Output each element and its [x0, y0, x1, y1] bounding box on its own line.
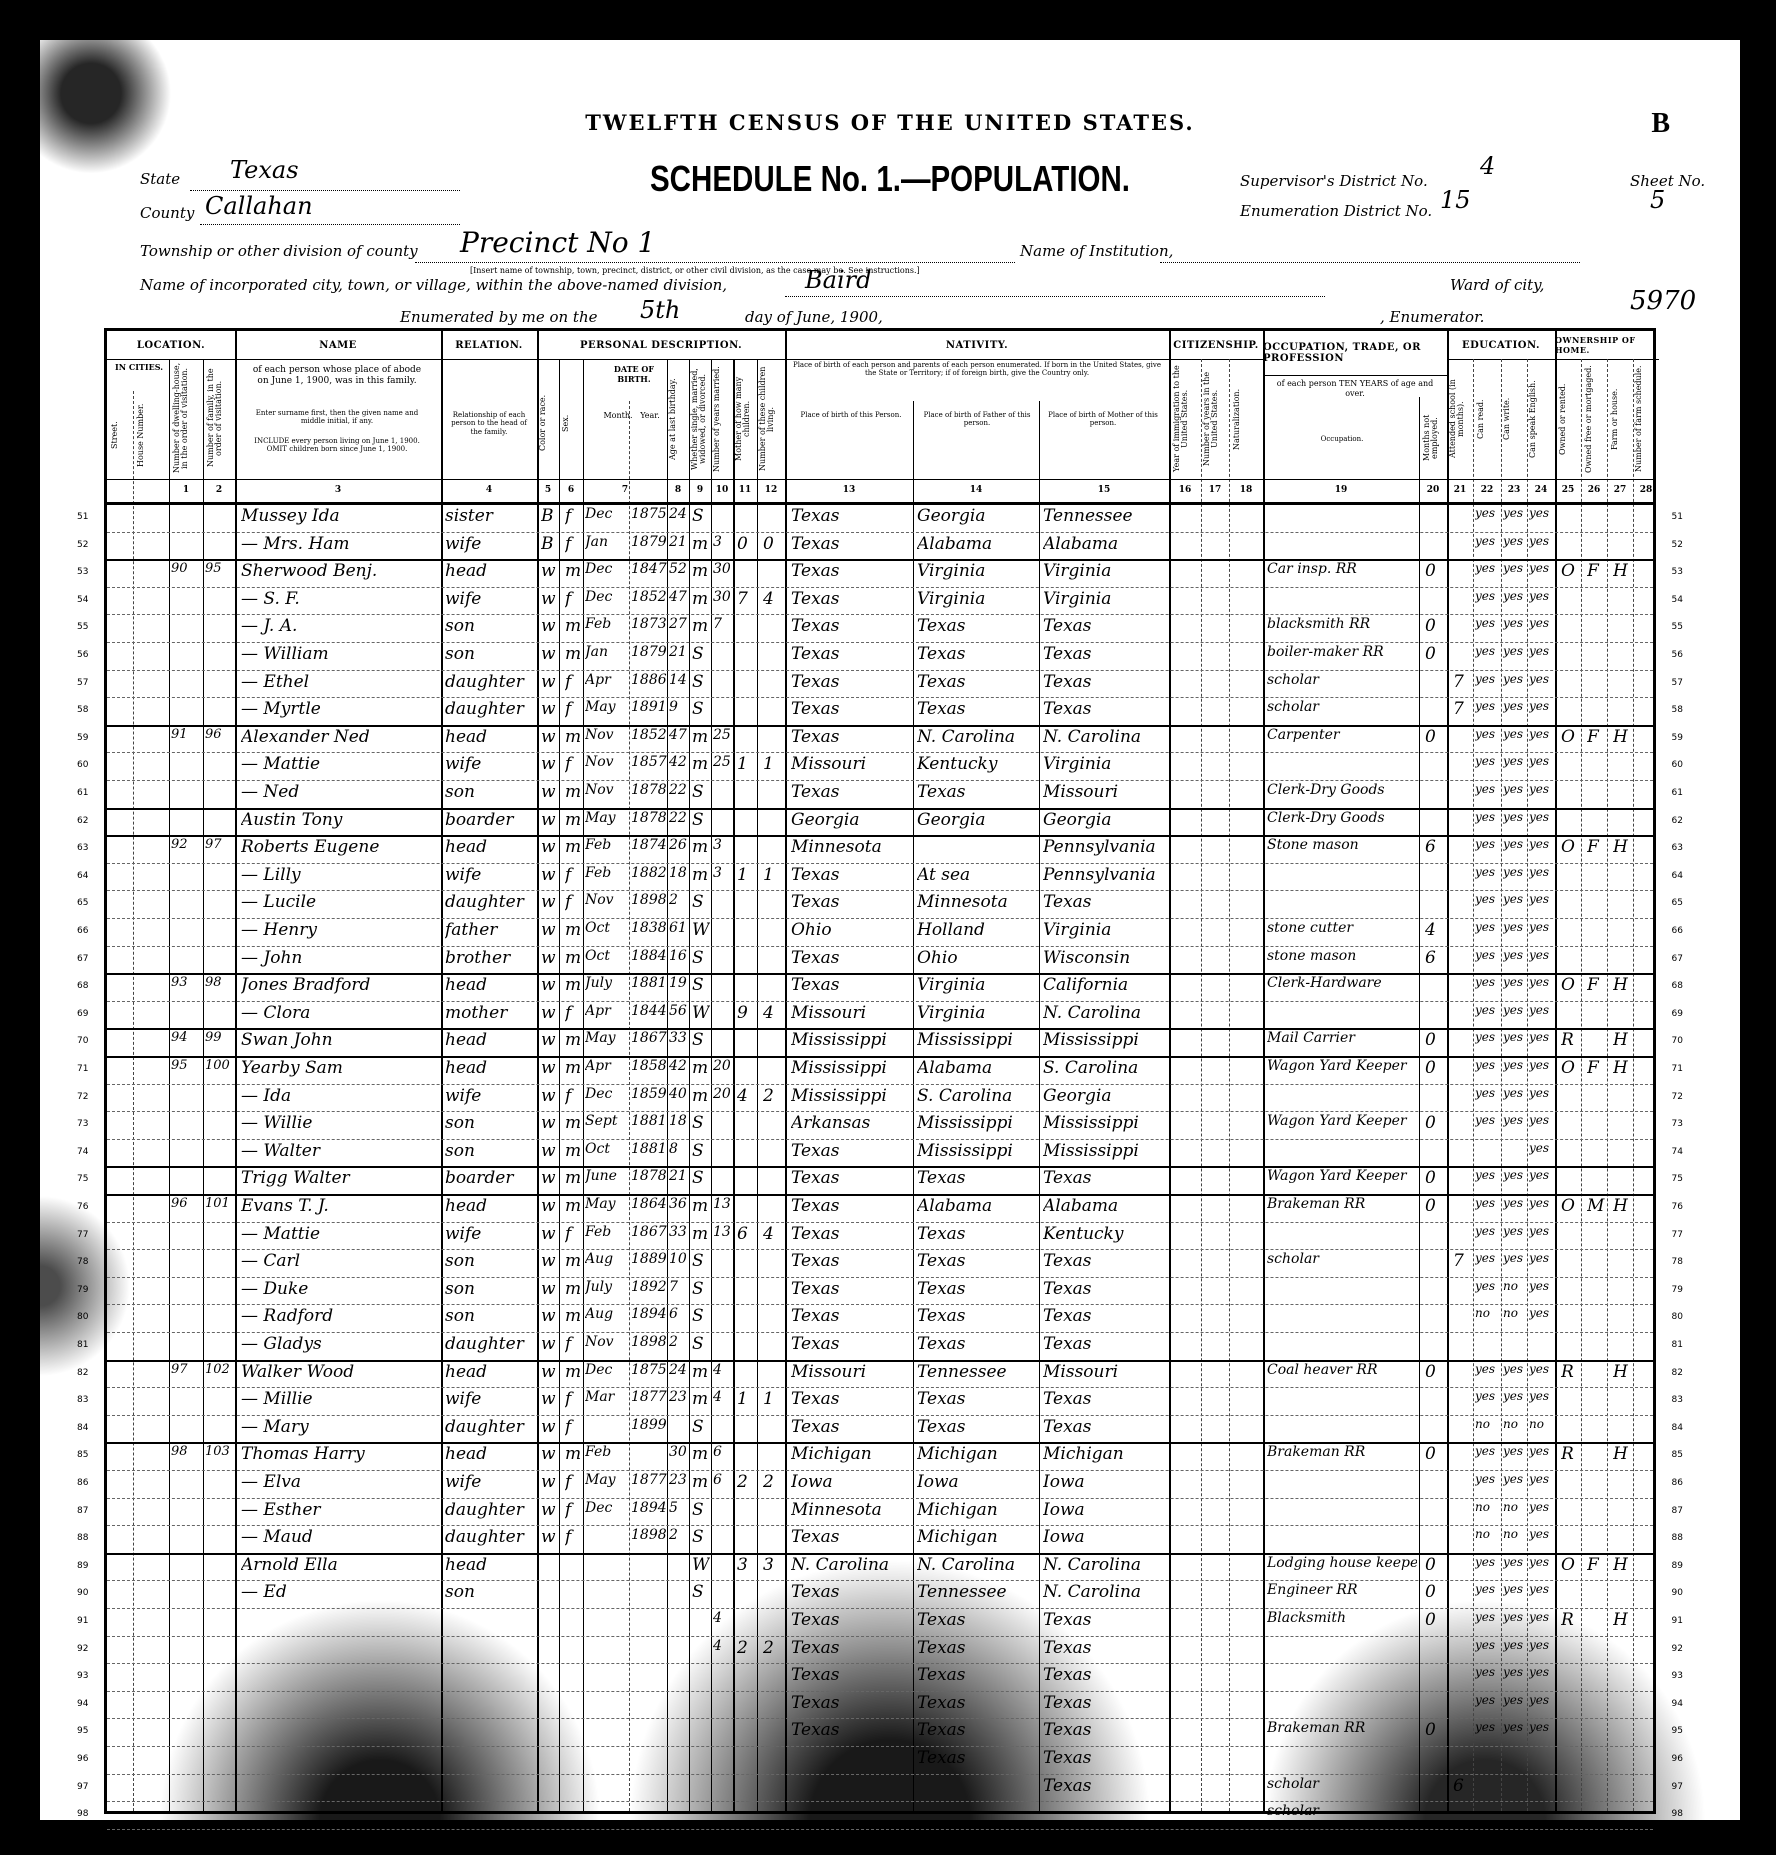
- owned-rented: O: [1561, 561, 1581, 581]
- family-number: 103: [205, 1444, 235, 1459]
- age: 40: [669, 1086, 689, 1102]
- birth-year: 1892: [631, 1279, 667, 1295]
- table-row: 84 84 — Mary daughter w f 1899 S Texas T…: [107, 1415, 1653, 1445]
- person-name: — Gladys: [241, 1334, 439, 1354]
- can-speak-english: yes: [1529, 699, 1555, 713]
- enumerated-suffix: day of June, 1900,: [745, 308, 883, 326]
- birthplace-person: Texas: [791, 727, 911, 747]
- birthplace-person: Iowa: [791, 1472, 911, 1492]
- line-number-left: 65: [77, 898, 88, 908]
- line-number-right: 54: [1672, 595, 1683, 605]
- sex: m: [565, 837, 583, 857]
- person-name: — William: [241, 644, 439, 664]
- birth-month: July: [585, 1279, 629, 1295]
- birthplace-person: Minnesota: [791, 837, 911, 857]
- occupation: Car insp. RR: [1267, 561, 1417, 577]
- line-number-right: 98: [1672, 1809, 1683, 1819]
- relation: wife: [445, 1472, 535, 1492]
- table-row: 63 63 92 97 Roberts Eugene head w m Feb …: [107, 835, 1653, 864]
- birthplace-mother: Tennessee: [1043, 506, 1167, 526]
- line-number-right: 95: [1672, 1726, 1683, 1736]
- birthplace-father: Michigan: [917, 1500, 1037, 1520]
- birthplace-father: Texas: [917, 1306, 1037, 1326]
- can-write: yes: [1503, 1610, 1527, 1624]
- birthplace-father: Georgia: [917, 506, 1037, 526]
- line-number-left: 86: [77, 1478, 88, 1488]
- relation: daughter: [445, 699, 535, 719]
- birthplace-mother: Missouri: [1043, 1362, 1167, 1382]
- birthplace-person: Texas: [791, 1693, 911, 1713]
- birthplace-mother: Texas: [1043, 1720, 1167, 1740]
- line-number-left: 70: [77, 1036, 88, 1046]
- pob-person-label: Place of birth of this Person.: [791, 411, 911, 419]
- birth-month: Feb: [585, 616, 629, 632]
- vh-owned-rented: Owned or rented.: [1559, 363, 1579, 475]
- table-row: 90 90 — Ed son S Texas Tennessee N. Caro…: [107, 1580, 1653, 1609]
- sex: m: [565, 1113, 583, 1133]
- birthplace-father: N. Carolina: [917, 1555, 1037, 1575]
- person-name: — Mrs. Ham: [241, 534, 439, 554]
- color: w: [541, 865, 559, 885]
- can-write: yes: [1503, 1693, 1527, 1707]
- birth-month: May: [585, 810, 629, 826]
- line-number-left: 53: [77, 567, 88, 577]
- dwelling-number: 98: [171, 1444, 203, 1459]
- line-number-right: 53: [1672, 567, 1683, 577]
- marital-status: S: [692, 1527, 710, 1547]
- birth-year: 1838: [631, 920, 667, 936]
- age: 23: [669, 1472, 689, 1488]
- relation: head: [445, 1444, 535, 1464]
- age: 23: [669, 1389, 689, 1405]
- age: 10: [669, 1251, 689, 1267]
- color: w: [541, 1251, 559, 1271]
- mother-of-children: 3: [737, 1555, 757, 1575]
- pob-father-label: Place of birth of Father of this person.: [917, 411, 1037, 428]
- birthplace-mother: Texas: [1043, 672, 1167, 692]
- sex: m: [565, 920, 583, 940]
- years-married: 30: [713, 589, 733, 605]
- can-read: yes: [1475, 1086, 1501, 1100]
- vh-free-mortgaged: Owned free or mortgaged.: [1585, 363, 1605, 475]
- marital-status: m: [692, 616, 710, 636]
- birthplace-person: Mississippi: [791, 1058, 911, 1078]
- birthplace-mother: Texas: [1043, 1748, 1167, 1768]
- years-married: 6: [713, 1472, 733, 1488]
- line-number-left: 80: [77, 1312, 88, 1322]
- line-number-right: 81: [1672, 1340, 1683, 1350]
- table-row: 85 85 98 103 Thomas Harry head w m Feb 3…: [107, 1442, 1653, 1471]
- family-number: 95: [205, 561, 235, 576]
- years-married: 13: [713, 1196, 733, 1212]
- sex: m: [565, 616, 583, 636]
- line-number-left: 96: [77, 1754, 88, 1764]
- person-name: Alexander Ned: [241, 727, 439, 747]
- relation: brother: [445, 948, 535, 968]
- owned-rented: R: [1561, 1444, 1581, 1464]
- marital-status: S: [692, 644, 710, 664]
- mother-of-children: 6: [737, 1224, 757, 1244]
- sex: f: [565, 1224, 583, 1244]
- birth-year: 1858: [631, 1058, 667, 1074]
- sex: f: [565, 699, 583, 719]
- sex: f: [565, 1417, 583, 1437]
- relation: wife: [445, 865, 535, 885]
- person-name: — Esther: [241, 1500, 439, 1520]
- birth-year: 1873: [631, 616, 667, 632]
- birthplace-person: Texas: [791, 644, 911, 664]
- can-read: yes: [1475, 810, 1501, 824]
- table-row: 74 74 — Walter son w m Oct 1881 8 S Texa…: [107, 1139, 1653, 1169]
- can-read: yes: [1475, 782, 1501, 796]
- occupation: Wagon Yard Keeper: [1267, 1058, 1417, 1074]
- birthplace-mother: Texas: [1043, 1638, 1167, 1658]
- color: w: [541, 1196, 559, 1216]
- line-number-left: 61: [77, 788, 88, 798]
- vh-street: Street.: [111, 395, 131, 475]
- years-married: 6: [713, 1444, 733, 1460]
- vh-farm-schedule: Number of farm schedule.: [1635, 363, 1655, 475]
- birth-month: Mar: [585, 1389, 629, 1405]
- birthplace-person: Texas: [791, 616, 911, 636]
- birthplace-father: Texas: [917, 1417, 1037, 1437]
- sex: m: [565, 948, 583, 968]
- birth-year: 1898: [631, 892, 667, 908]
- can-write: yes: [1503, 1472, 1527, 1486]
- birthplace-person: Mississippi: [791, 1030, 911, 1050]
- mother-of-children: 7: [737, 589, 757, 609]
- months-unemployed: 0: [1425, 1058, 1445, 1078]
- birthplace-mother: Kentucky: [1043, 1224, 1167, 1244]
- line-number-right: 84: [1672, 1423, 1683, 1433]
- color: w: [541, 1362, 559, 1382]
- table-row: 73 73 — Willie son w m Sept 1881 18 S Ar…: [107, 1111, 1653, 1140]
- can-read: yes: [1475, 672, 1501, 686]
- can-write: yes: [1503, 892, 1527, 906]
- years-married: 30: [713, 561, 733, 577]
- relation: wife: [445, 534, 535, 554]
- person-name: — Lucile: [241, 892, 439, 912]
- relation: son: [445, 644, 535, 664]
- birth-month: Dec: [585, 1086, 629, 1102]
- occupation: Engineer RR: [1267, 1582, 1417, 1598]
- birthplace-person: Arkansas: [791, 1113, 911, 1133]
- birthplace-person: Texas: [791, 865, 911, 885]
- birth-year: 1852: [631, 727, 667, 743]
- children-living: 1: [763, 1389, 783, 1409]
- birthplace-mother: Texas: [1043, 1306, 1167, 1326]
- age: 30: [669, 1444, 689, 1460]
- can-read: yes: [1475, 892, 1501, 906]
- table-rows: 51 51 Mussey Ida sister B f Dec 1875 24 …: [107, 504, 1653, 1811]
- line-number-left: 76: [77, 1202, 88, 1212]
- can-speak-english: yes: [1529, 1086, 1555, 1100]
- relation: wife: [445, 589, 535, 609]
- can-read: yes: [1475, 1030, 1501, 1044]
- birth-month: Dec: [585, 1362, 629, 1378]
- vh-immigration: Year of immigration to the United States…: [1173, 363, 1195, 475]
- dwelling-number: 96: [171, 1196, 203, 1211]
- sheet-value: 5: [1650, 186, 1665, 214]
- table-row: 72 72 — Ida wife w f Dec 1859 40 m 20 4 …: [107, 1084, 1653, 1113]
- line-number-left: 56: [77, 650, 88, 660]
- enumeration-value: 15: [1440, 186, 1471, 214]
- birth-year: 1891: [631, 699, 667, 715]
- birth-year: 1875: [631, 506, 667, 522]
- months-unemployed: 0: [1425, 1582, 1445, 1602]
- line-number-right: 69: [1672, 1009, 1683, 1019]
- can-speak-english: yes: [1529, 506, 1555, 520]
- sex: f: [565, 892, 583, 912]
- line-number-left: 52: [77, 540, 88, 550]
- line-number-right: 96: [1672, 1754, 1683, 1764]
- children-living: 2: [763, 1086, 783, 1106]
- line-number-right: 83: [1672, 1395, 1683, 1405]
- birthplace-father: Texas: [917, 644, 1037, 664]
- enumeration-label: Enumeration District No.: [1240, 202, 1432, 220]
- birthplace-person: Texas: [791, 892, 911, 912]
- birthplace-mother: Mississippi: [1043, 1141, 1167, 1161]
- name-desc: of each person whose place of abode on J…: [247, 365, 427, 387]
- vh-naturalization: Naturalization.: [1233, 363, 1255, 475]
- birthplace-father: Texas: [917, 1665, 1037, 1685]
- table-row: 80 80 — Radford son w m Aug 1894 6 S Tex…: [107, 1304, 1653, 1333]
- can-read: yes: [1475, 1444, 1501, 1458]
- can-write: yes: [1503, 1113, 1527, 1127]
- can-read: yes: [1475, 1555, 1501, 1569]
- birth-year: 1879: [631, 534, 667, 550]
- marital-status: W: [692, 920, 710, 940]
- birthplace-mother: Texas: [1043, 1251, 1167, 1271]
- birth-month: Apr: [585, 672, 629, 688]
- birthplace-person: Texas: [791, 1196, 911, 1216]
- mother-of-children: 1: [737, 865, 757, 885]
- birth-year: 1864: [631, 1196, 667, 1212]
- birth-month: Feb: [585, 1444, 629, 1460]
- person-name: Jones Bradford: [241, 975, 439, 995]
- color: w: [541, 975, 559, 995]
- occupation: boiler-maker RR: [1267, 644, 1417, 660]
- color: w: [541, 1500, 559, 1520]
- free-mortgaged: F: [1587, 837, 1607, 857]
- age: 6: [669, 1306, 689, 1322]
- farm-or-house: H: [1613, 1444, 1633, 1464]
- birthplace-person: N. Carolina: [791, 1555, 911, 1575]
- age: 7: [669, 1279, 689, 1295]
- can-speak-english: yes: [1529, 810, 1555, 824]
- color: B: [541, 534, 559, 554]
- col-num: 21: [1447, 485, 1473, 495]
- institution-label: Name of Institution,: [1020, 242, 1173, 260]
- can-write: yes: [1503, 1582, 1527, 1596]
- person-name: — Walter: [241, 1141, 439, 1161]
- birthplace-father: Virginia: [917, 589, 1037, 609]
- years-married: 4: [713, 1638, 733, 1654]
- vh-farm-house: Farm or house.: [1611, 363, 1631, 475]
- can-speak-english: yes: [1529, 1168, 1555, 1182]
- col-num: 16: [1169, 485, 1201, 495]
- col-num: 24: [1527, 485, 1555, 495]
- birthplace-father: N. Carolina: [917, 727, 1037, 747]
- years-married: 25: [713, 754, 733, 770]
- marital-status: W: [692, 1555, 710, 1575]
- free-mortgaged: F: [1587, 561, 1607, 581]
- age: 61: [669, 920, 689, 936]
- birthplace-mother: Texas: [1043, 699, 1167, 719]
- sex: m: [565, 561, 583, 581]
- birthplace-person: Texas: [791, 1527, 911, 1547]
- birthplace-father: Texas: [917, 1224, 1037, 1244]
- birthplace-person: Missouri: [791, 1362, 911, 1382]
- birthplace-father: Tennessee: [917, 1362, 1037, 1382]
- marital-status: m: [692, 534, 710, 554]
- name-note2: INCLUDE every person living on June 1, 1…: [247, 437, 427, 454]
- can-read: yes: [1475, 865, 1501, 879]
- table-row: 87 87 — Esther daughter w f Dec 1894 5 S…: [107, 1498, 1653, 1527]
- years-married: 4: [713, 1362, 733, 1378]
- col-num: 2: [203, 485, 235, 495]
- birth-month: Jan: [585, 534, 629, 550]
- relation: son: [445, 1582, 535, 1602]
- birthplace-father: Texas: [917, 1748, 1037, 1768]
- age: 22: [669, 782, 689, 798]
- birthplace-person: Ohio: [791, 920, 911, 940]
- age: 47: [669, 727, 689, 743]
- owned-rented: O: [1561, 1555, 1581, 1575]
- birth-month: Apr: [585, 1058, 629, 1074]
- table-row: 61 61 — Ned son w m Nov 1878 22 S Texas …: [107, 780, 1653, 810]
- birthplace-father: Texas: [917, 1168, 1037, 1188]
- table-row: 81 81 — Gladys daughter w f Nov 1898 2 S…: [107, 1332, 1653, 1362]
- color: w: [541, 1058, 559, 1078]
- col-num: 10: [711, 485, 733, 495]
- vh-mother-of: Mother of how many children.: [735, 363, 755, 475]
- birth-month: Dec: [585, 506, 629, 522]
- marital-status: m: [692, 754, 710, 774]
- person-name: Roberts Eugene: [241, 837, 439, 857]
- can-write: no: [1503, 1279, 1527, 1293]
- can-speak-english: yes: [1529, 1720, 1555, 1734]
- months-unemployed: 4: [1425, 920, 1445, 940]
- mother-of-children: 1: [737, 754, 757, 774]
- line-number-left: 84: [77, 1423, 88, 1433]
- person-name: — Maud: [241, 1527, 439, 1547]
- can-write: yes: [1503, 561, 1527, 575]
- vh-sex: Sex.: [562, 371, 580, 475]
- can-speak-english: yes: [1529, 1500, 1555, 1514]
- col-num: 4: [441, 485, 537, 495]
- line-number-right: 68: [1672, 981, 1683, 991]
- line-number-right: 88: [1672, 1533, 1683, 1543]
- owned-rented: R: [1561, 1362, 1581, 1382]
- family-number: 99: [205, 1030, 235, 1045]
- sex: f: [565, 865, 583, 885]
- birth-month: Nov: [585, 727, 629, 743]
- marital-status: S: [692, 948, 710, 968]
- birth-month: Nov: [585, 782, 629, 798]
- sex: m: [565, 1306, 583, 1326]
- birth-year: 1878: [631, 810, 667, 826]
- marital-status: S: [692, 1306, 710, 1326]
- line-number-right: 52: [1672, 540, 1683, 550]
- can-read: yes: [1475, 644, 1501, 658]
- birth-month: Dec: [585, 561, 629, 577]
- age: 24: [669, 1362, 689, 1378]
- relation: mother: [445, 1003, 535, 1023]
- relation: head: [445, 837, 535, 857]
- line-number-right: 93: [1672, 1671, 1683, 1681]
- can-speak-english: yes: [1529, 920, 1555, 934]
- birthplace-mother: Texas: [1043, 1279, 1167, 1299]
- col-num: 13: [785, 485, 913, 495]
- can-write: yes: [1503, 948, 1527, 962]
- enumerator-label: , Enumerator.: [1380, 308, 1484, 326]
- color: w: [541, 837, 559, 857]
- color: w: [541, 727, 559, 747]
- birth-month: Aug: [585, 1251, 629, 1267]
- school-months: 7: [1453, 1251, 1473, 1271]
- mother-of-children: 2: [737, 1638, 757, 1658]
- can-write: yes: [1503, 1030, 1527, 1044]
- relation: son: [445, 1141, 535, 1161]
- occupation: Clerk-Dry Goods: [1267, 782, 1417, 798]
- line-number-right: 70: [1672, 1036, 1683, 1046]
- birthplace-mother: Alabama: [1043, 534, 1167, 554]
- color: w: [541, 561, 559, 581]
- table-row: 64 64 — Lilly wife w f Feb 1882 18 m 3 1…: [107, 863, 1653, 892]
- occupation: Clerk-Hardware: [1267, 975, 1417, 991]
- family-number: 97: [205, 837, 235, 852]
- occupation: Wagon Yard Keeper: [1267, 1113, 1417, 1129]
- line-number-right: 56: [1672, 650, 1683, 660]
- birth-year: 1867: [631, 1030, 667, 1046]
- line-number-right: 92: [1672, 1644, 1683, 1654]
- birth-year: 1867: [631, 1224, 667, 1240]
- can-speak-english: yes: [1529, 1444, 1555, 1458]
- mother-of-children: 2: [737, 1472, 757, 1492]
- birth-month: May: [585, 1030, 629, 1046]
- relation: wife: [445, 1389, 535, 1409]
- person-name: Walker Wood: [241, 1362, 439, 1382]
- sex: f: [565, 1003, 583, 1023]
- can-read: no: [1475, 1417, 1501, 1431]
- owned-rented: O: [1561, 1058, 1581, 1078]
- can-write: yes: [1503, 1058, 1527, 1072]
- age: 2: [669, 1527, 689, 1543]
- line-number-right: 87: [1672, 1506, 1683, 1516]
- owned-rented: O: [1561, 975, 1581, 995]
- relation: head: [445, 975, 535, 995]
- birthplace-father: Alabama: [917, 1196, 1037, 1216]
- children-living: 1: [763, 754, 783, 774]
- col-num: 28: [1633, 485, 1659, 495]
- birth-month: May: [585, 1472, 629, 1488]
- can-read: yes: [1475, 754, 1501, 768]
- birthplace-father: Texas: [917, 1279, 1037, 1299]
- color: w: [541, 1417, 559, 1437]
- birthplace-person: Texas: [791, 1389, 911, 1409]
- birth-month: May: [585, 699, 629, 715]
- can-speak-english: yes: [1529, 589, 1555, 603]
- birthplace-father: Tennessee: [917, 1582, 1037, 1602]
- col-num: 19: [1263, 485, 1419, 495]
- line-number-left: 72: [77, 1092, 88, 1102]
- birth-year: 1879: [631, 644, 667, 660]
- can-write: yes: [1503, 920, 1527, 934]
- can-write: no: [1503, 1306, 1527, 1320]
- color: w: [541, 920, 559, 940]
- birthplace-person: Texas: [791, 1720, 911, 1740]
